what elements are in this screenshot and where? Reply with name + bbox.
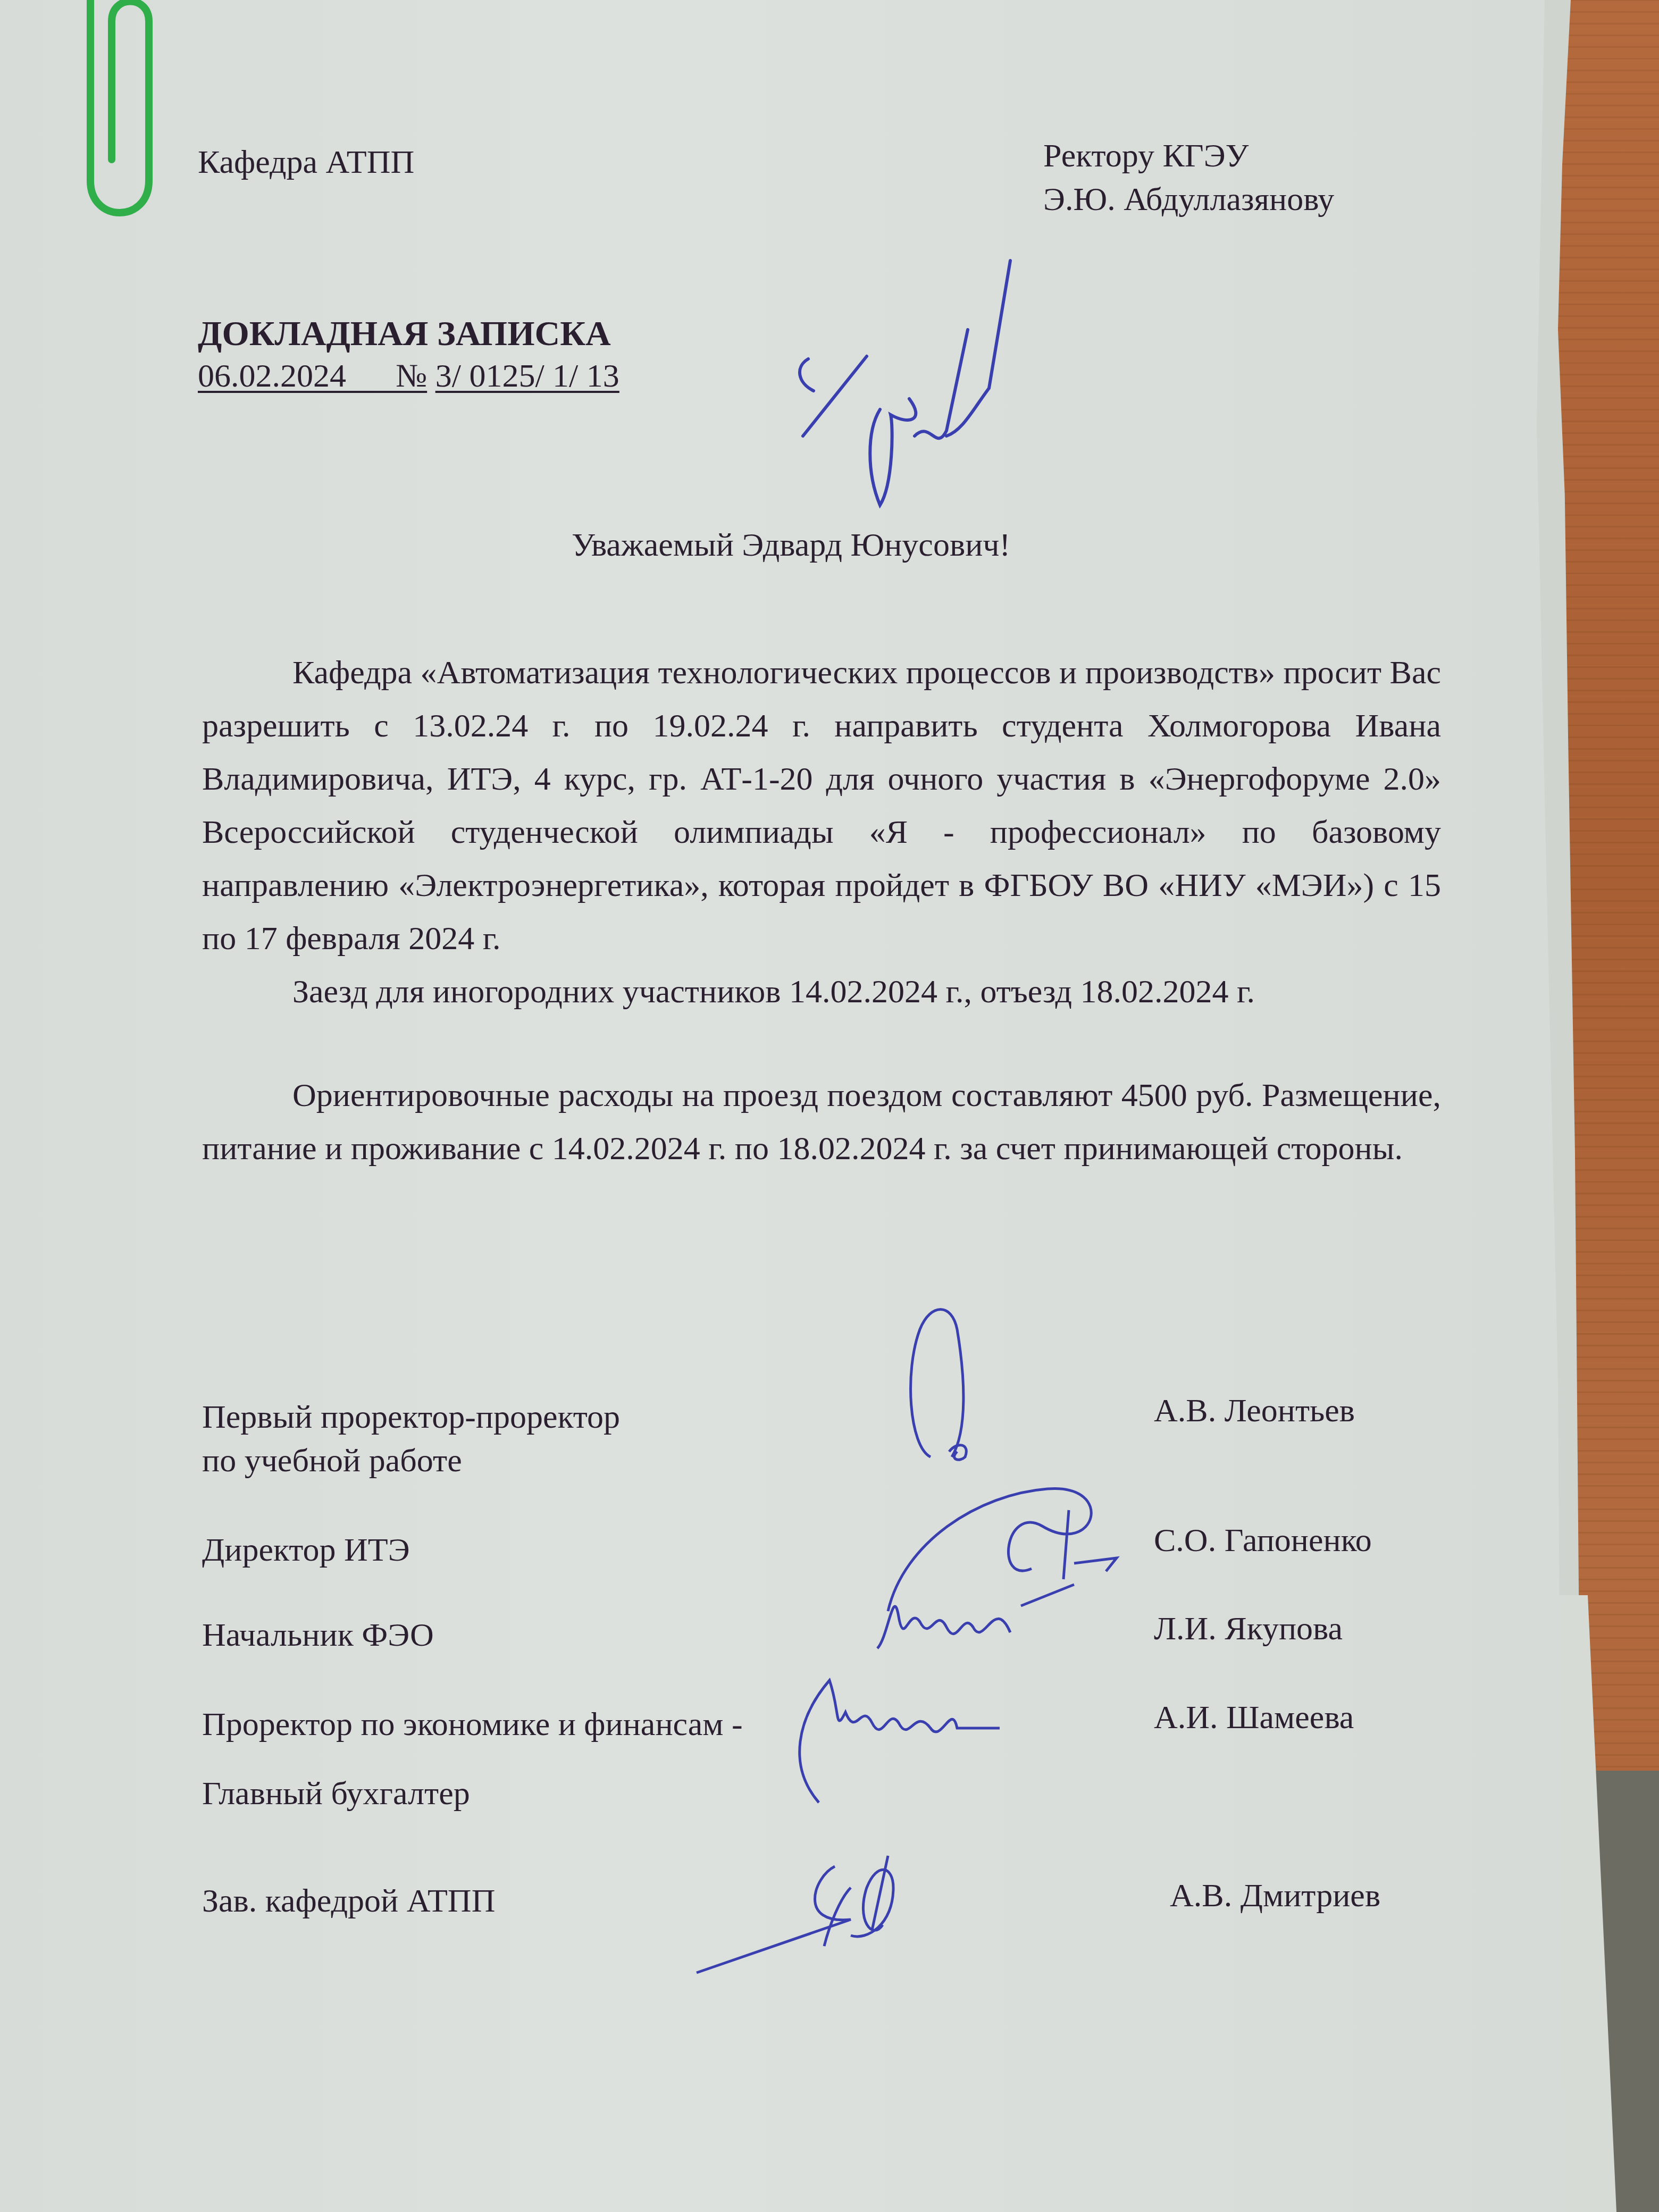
signatory-1-position: Первый проректор-проректор bbox=[202, 1398, 620, 1436]
signatory-2-name: С.О. Гапоненко bbox=[1154, 1522, 1372, 1560]
addressee-title: Ректору КГЭУ bbox=[1043, 137, 1249, 175]
signature-leontiev-icon bbox=[899, 1297, 994, 1473]
signature-dmitriev-icon bbox=[691, 1845, 957, 1983]
memo-page: Кафедра АТПП Ректору КГЭУ Э.Ю. Абдуллазя… bbox=[0, 0, 1563, 2212]
signatory-2-position: Директор ИТЭ bbox=[202, 1531, 410, 1569]
handwritten-resolution-icon bbox=[787, 250, 1032, 526]
signatory-4-position-cont: Главный бухгалтер bbox=[202, 1775, 470, 1813]
addressee-name: Э.Ю. Абдуллазянову bbox=[1043, 181, 1334, 219]
document-date: 06.02.2024 bbox=[198, 358, 346, 394]
signature-yakupova-icon bbox=[872, 1574, 1095, 1664]
date-spacer bbox=[346, 358, 396, 394]
signatory-4-position: Проректор по экономике и финансам - bbox=[202, 1706, 743, 1744]
greeting: Уважаемый Эдвард Юнусович! bbox=[572, 526, 1010, 564]
signatory-1-name: А.В. Леонтьев bbox=[1154, 1392, 1355, 1430]
signatory-5-position: Зав. кафедрой АТПП bbox=[202, 1882, 495, 1920]
document-number: 3/ 0125/ 1/ 13 bbox=[435, 358, 619, 394]
document-title: ДОКЛАДНАЯ ЗАПИСКА bbox=[198, 314, 611, 354]
signature-shameeva-icon bbox=[776, 1670, 1032, 1808]
signatory-1-position-cont: по учебной работе bbox=[202, 1442, 462, 1480]
document-reg-line: 06.02.2024 № 3/ 0125/ 1/ 13 bbox=[198, 357, 619, 395]
body-paragraph-2: Заезд для иногородних участников 14.02.2… bbox=[202, 965, 1441, 1018]
signatory-4-name: А.И. Шамеева bbox=[1154, 1699, 1354, 1737]
department-label: Кафедра АТПП bbox=[198, 144, 414, 181]
signatory-3-position: Начальник ФЭО bbox=[202, 1616, 434, 1654]
paperclip-icon bbox=[69, 0, 170, 239]
number-sign: № bbox=[396, 358, 427, 394]
body-paragraph-1: Кафедра «Автоматизация технологических п… bbox=[202, 646, 1441, 965]
body-paragraph-3: Ориентировочные расходы на проезд поездо… bbox=[202, 1069, 1441, 1175]
signatory-5-name: А.В. Дмитриев bbox=[1170, 1877, 1380, 1915]
signatory-3-name: Л.И. Якупова bbox=[1154, 1610, 1343, 1648]
